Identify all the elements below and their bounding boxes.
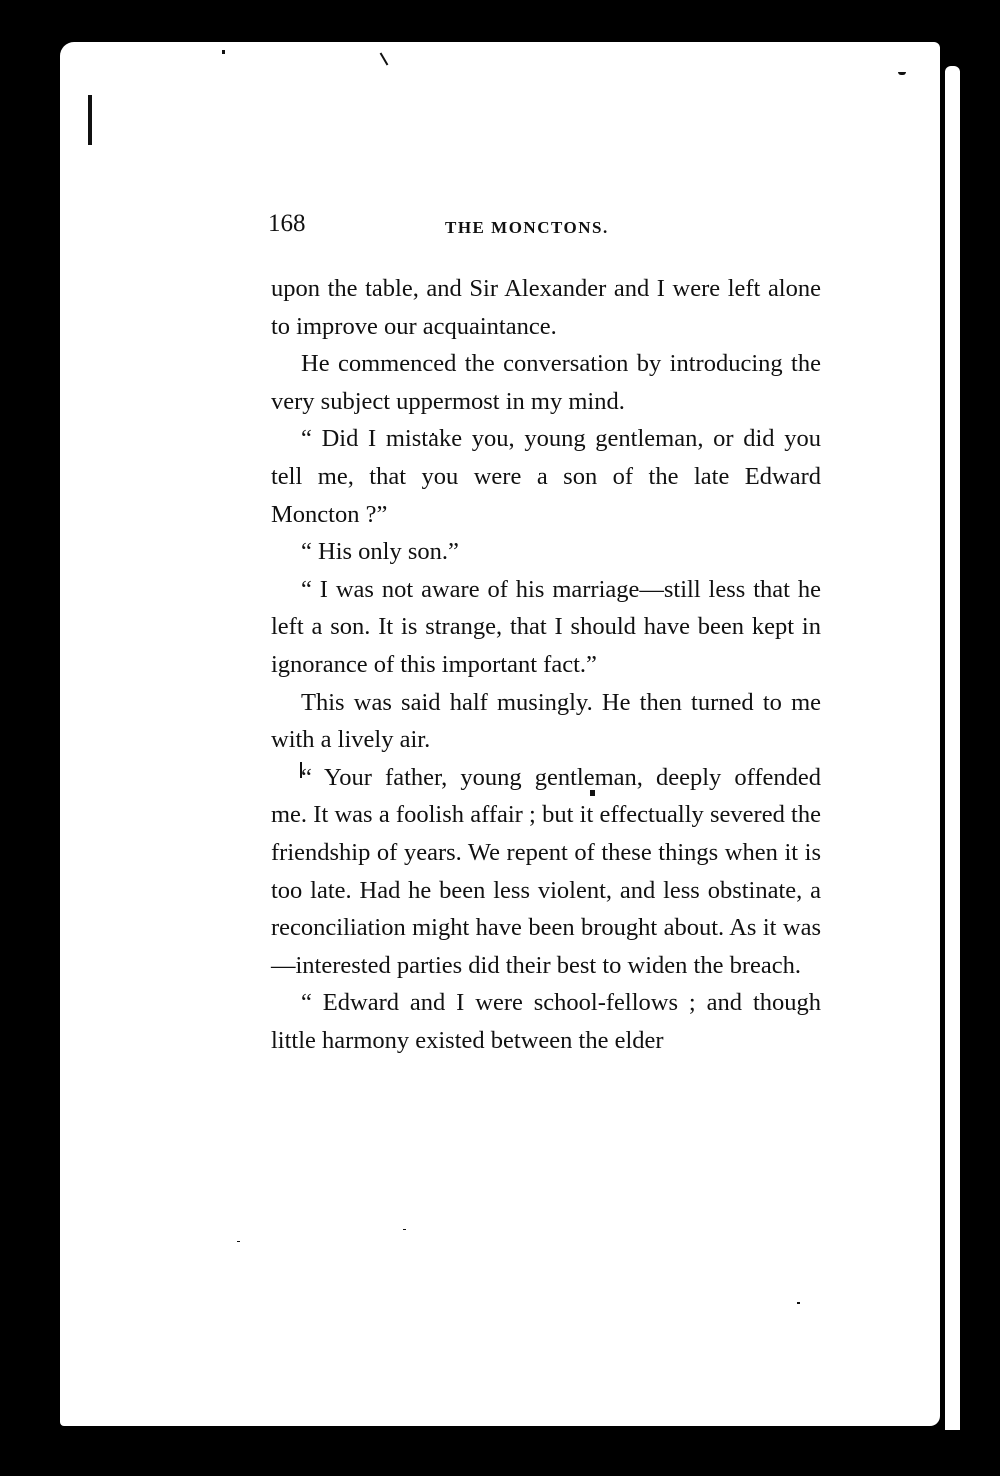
page-number: 168 — [268, 210, 306, 238]
paragraph: “ I was not aware of his marriage—still … — [271, 571, 821, 684]
paragraph: “ Edward and I were school-fellows ; and… — [271, 984, 821, 1059]
paragraph: This was said half musingly. He then tur… — [271, 684, 821, 759]
running-head: 168 THE MONCTONS. — [271, 210, 821, 244]
running-title: THE MONCTONS. — [445, 218, 609, 238]
scan-speck — [797, 1302, 800, 1304]
scan-speck — [403, 1229, 406, 1230]
paragraph: upon the table, and Sir Alexander and I … — [271, 270, 821, 345]
scan-edge-strip — [945, 66, 960, 1430]
scan-speck — [88, 95, 92, 145]
paragraph: “ Did I mistake you, young gentleman, or… — [271, 420, 821, 533]
book-page: 168 THE MONCTONS. upon the table, and Si… — [271, 210, 821, 1059]
paragraph: He commenced the conversation by introdu… — [271, 345, 821, 420]
scan-speck — [237, 1241, 240, 1242]
scan-speck — [222, 50, 225, 54]
paragraph: “ His only son.” — [271, 533, 821, 571]
body-text: upon the table, and Sir Alexander and I … — [271, 270, 821, 1059]
paragraph: “ Your father, young gentleman, deeply o… — [271, 759, 821, 985]
